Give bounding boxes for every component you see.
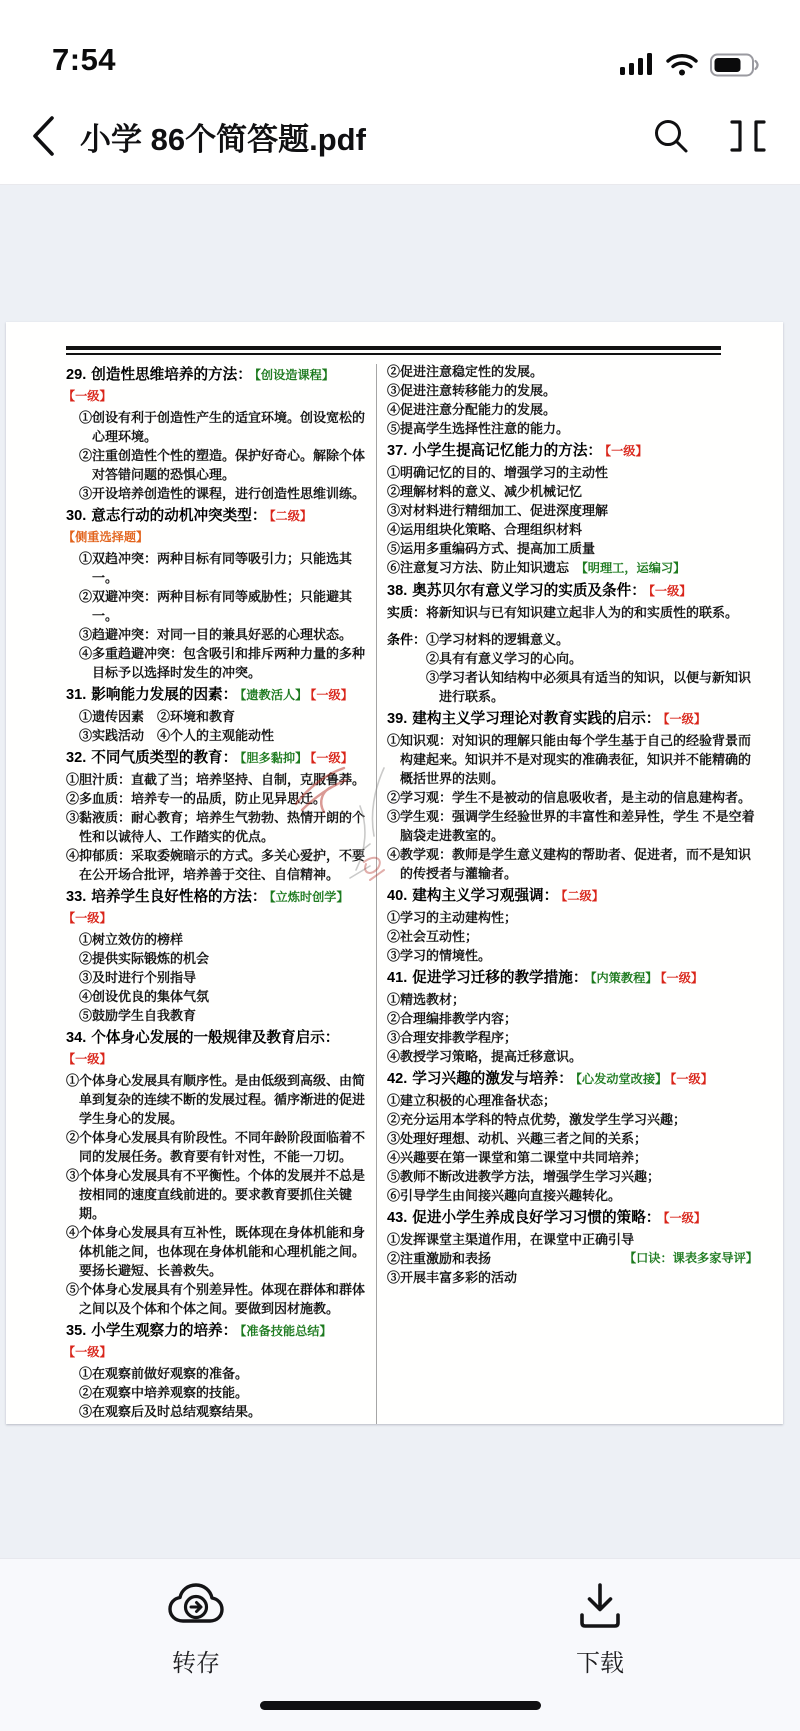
item-title: 培养学生良好性格的方法：: [91, 889, 266, 905]
line-text: ⑤提高学生选择性注意的能力。: [387, 421, 569, 436]
question-item: 31.影响能力发展的因素：【遗教活人】【一级】①遗传因素 ②环境和教育③实践活动…: [66, 685, 368, 745]
item-line: ①双趋冲突：两种目标有同等吸引力；只能选其一。: [66, 549, 368, 587]
line-text: ①双趋冲突：两种目标有同等吸引力；只能选其一。: [79, 551, 352, 585]
item-line: ①遗传因素 ②环境和教育: [66, 707, 368, 726]
item-number: 39.: [387, 711, 407, 727]
pdf-column-left: 29.创造性思维培养的方法：【创设造课程】【一级】①创设有利于创造性产生的适宜环…: [66, 362, 368, 1424]
item-title: 影响能力发展的因素：: [91, 687, 237, 703]
bracket-pages-icon[interactable]: [726, 117, 770, 155]
item-line: ③学习的情境性。: [387, 946, 758, 965]
item-line: 条件：①学习材料的逻辑意义。: [387, 630, 758, 649]
line-text: ②注重创造性个性的塑造。保护好奇心。解除个体对答错问题的恐惧心理。: [79, 448, 365, 482]
item-line: ②注重激励和表扬【口诀：课表多家导评】: [387, 1249, 758, 1268]
line-text: ②促进注意稳定性的发展。: [387, 364, 543, 379]
page-top-rule: [66, 346, 721, 355]
battery-icon: [710, 53, 760, 77]
line-text: ⑤运用多重编码方式、提高加工质量: [387, 541, 595, 556]
item-line: ⑤教师不断改进教学方法，增强学生学习兴趣；: [387, 1167, 758, 1186]
download-icon: [575, 1581, 625, 1631]
item-line: ①发挥课堂主渠道作用，在课堂中正确引导: [387, 1230, 758, 1249]
line-text: ④个体身心发展具有互补性，既体现在身体机能和身体机能之间，也体现在身体机能和心理…: [66, 1225, 365, 1278]
item-title: 小学生提高记忆能力的方法：: [412, 443, 602, 459]
mnemonic-tag: 【内策教程】: [590, 971, 657, 985]
item-heading: 40.建构主义学习观强调：【二级】: [387, 886, 758, 907]
item-heading: 29.创造性思维培养的方法：【创设造课程】【一级】: [66, 365, 368, 407]
item-heading: 41.促进学习迁移的教学措施：【内策教程】【一级】: [387, 968, 758, 989]
item-line: ①学习的主动建构性；: [387, 908, 758, 927]
item-line: ②个体身心发展具有阶段性。不同年龄阶段面临着不同的发展任务。教育要有针对性，不能…: [66, 1128, 368, 1166]
mnemonic-tag: 【口诀：课表多家导评】: [624, 1249, 758, 1268]
item-heading: 39.建构主义学习理论对教育实践的启示：【一级】: [387, 709, 758, 730]
item-line: ③开设培养创造性的课程，进行创造性思维训练。: [66, 484, 368, 503]
line-text: ③开展丰富多彩的活动: [387, 1270, 517, 1285]
item-number: 30.: [66, 508, 86, 524]
mnemonic-tag: 【一级】: [660, 971, 703, 985]
search-icon[interactable]: [652, 117, 690, 155]
mnemonic-tag: 【创设造课程】: [255, 368, 334, 382]
line-text: ③对材料进行精细加工、促进深度理解: [387, 503, 608, 518]
mnemonic-tag: 【二级】: [269, 509, 312, 523]
line-text: ①个体身心发展具有顺序性。是由低级到高级、由简单到复杂的连续不断的发展过程。循序…: [66, 1073, 365, 1126]
item-line: ①明确记忆的目的、增强学习的主动性: [387, 463, 758, 482]
item-line: ③趋避冲突：对同一目的兼具好恶的心理状态。: [66, 625, 368, 644]
item-line: ③在观察后及时总结观察结果。: [66, 1402, 368, 1421]
item-number: 29.: [66, 367, 86, 383]
line-text: ⑥注意复习方法、防止知识遗忘: [387, 560, 573, 575]
line-text: ③趋避冲突：对同一目的兼具好恶的心理状态。: [79, 627, 352, 642]
line-text: ④教授学习策略，提高迁移意识。: [387, 1049, 582, 1064]
item-line: ③黏液质：耐心教育；培养生气勃勃、热情开朗的个性和以诚待人、工作踏实的优点。: [66, 808, 368, 846]
line-text: ④促进注意分配能力的发展。: [387, 402, 556, 417]
item-line: ③对材料进行精细加工、促进深度理解: [387, 501, 758, 520]
line-text: ②具有有意义学习的心向。: [426, 651, 582, 666]
line-text: ①发挥课堂主渠道作用，在课堂中正确引导: [387, 1232, 634, 1247]
line-text: ③促进注意转移能力的发展。: [387, 383, 556, 398]
item-line: ⑤鼓励学生自我教育: [66, 1006, 368, 1025]
item-number: 38.: [387, 583, 407, 599]
line-text: ⑥引导学生由间接兴趣向直接兴趣转化。: [387, 1188, 621, 1203]
item-heading: 34.个体身心发展的一般规律及教育启示：【一级】: [66, 1028, 368, 1070]
item-heading: 33.培养学生良好性格的方法：【立炼时创学】【一级】: [66, 887, 368, 929]
item-line: ③实践活动 ④个人的主观能动性: [66, 726, 368, 745]
line-text: ②提供实际锻炼的机会: [79, 951, 209, 966]
item-line: ④教学观：教师是学生意义建构的帮助者、促进者，而不是知识的传授者与灌输者。: [387, 845, 758, 883]
mnemonic-tag: 【二级】: [561, 889, 604, 903]
mnemonic-tag: 【一级】: [69, 389, 112, 403]
line-text: ②社会互动性；: [387, 929, 478, 944]
item-heading: 35.小学生观察力的培养：【准备技能总结】【一级】: [66, 1321, 368, 1363]
line-text: ④兴趣要在第一课堂和第二课堂中共同培养；: [387, 1150, 647, 1165]
mnemonic-tag: 【一级】: [663, 1211, 706, 1225]
item-line: ④促进注意分配能力的发展。: [387, 400, 758, 419]
line-text: ②个体身心发展具有阶段性。不同年龄阶段面临着不同的发展任务。教育要有针对性，不能…: [66, 1130, 365, 1164]
item-line: ③处理好理想、动机、兴趣三者之间的关系；: [387, 1129, 758, 1148]
item-line: 实质：将新知识与已有知识建立起非人为的和实质性的联系。: [387, 603, 758, 622]
item-number: 37.: [387, 443, 407, 459]
mnemonic-tag: 【一级】: [670, 1072, 713, 1086]
item-number: 40.: [387, 888, 407, 904]
status-time: 7:54: [52, 42, 116, 78]
item-line: ①建立积极的心理准备状态；: [387, 1091, 758, 1110]
item-line: ⑤个体身心发展具有个别差异性。体现在群体和群体之间以及个体和个体之间。要做到因材…: [66, 1280, 368, 1318]
download-button[interactable]: 下载: [535, 1581, 665, 1678]
line-text: ③黏液质：耐心教育；培养生气勃勃、热情开朗的个性和以诚待人、工作踏实的优点。: [66, 810, 365, 844]
line-text: ①建立积极的心理准备状态；: [387, 1093, 556, 1108]
item-title: 促进学习迁移的教学措施：: [412, 970, 587, 986]
line-label: 实质：: [387, 605, 426, 620]
item-line: ②具有有意义学习的心向。: [387, 649, 758, 668]
item-line: ②在观察中培养观察的技能。: [66, 1383, 368, 1402]
item-number: 41.: [387, 970, 407, 986]
line-text: ③学习的情境性。: [387, 948, 491, 963]
item-line: ①创设有利于创造性产生的适宜环境。创设宽松的心理环境。: [66, 408, 368, 446]
mnemonic-tag: 【一级】: [69, 1052, 112, 1066]
item-line: ②理解材料的意义、减少机械记忆: [387, 482, 758, 501]
column-divider: [376, 364, 377, 1424]
line-text: ②理解材料的意义、减少机械记忆: [387, 484, 582, 499]
item-line: ③促进注意转移能力的发展。: [387, 381, 758, 400]
item-heading: 31.影响能力发展的因素：【遗教活人】【一级】: [66, 685, 368, 706]
nav-bar: 小学 86个简答题.pdf: [0, 92, 800, 180]
item-line: ②社会互动性；: [387, 927, 758, 946]
item-line: ④多重趋避冲突：包含吸引和排斥两种力量的多种目标予以选择时发生的冲突。: [66, 644, 368, 682]
item-title: 创造性思维培养的方法：: [91, 367, 252, 383]
item-title: 意志行动的动机冲突类型：: [91, 508, 266, 524]
line-text: ②充分运用本学科的特点优势，激发学生学习兴趣；: [387, 1112, 686, 1127]
cloud-forward-icon: [167, 1581, 225, 1631]
line-text: ②注重激励和表扬: [387, 1249, 491, 1268]
item-line: ①知识观：对知识的理解只能由每个学生基于自己的经验背景而构建起来。知识并不是对现…: [387, 731, 758, 788]
item-line: ④抑郁质：采取委婉暗示的方式。多关心爱护，不要在公开场合批评，培养善于交往、自信…: [66, 846, 368, 884]
item-line: ③合理安排教学程序；: [387, 1028, 758, 1047]
item-title: 促进小学生养成良好学习习惯的策略：: [412, 1210, 660, 1226]
line-text: ③开设培养创造性的课程，进行创造性思维训练。: [79, 486, 365, 501]
line-text: ③学生观：强调学生经验世界的丰富性和差异性，学生 不是空着脑袋走进教室的。: [387, 809, 755, 843]
question-item: 37.小学生提高记忆能力的方法：【一级】①明确记忆的目的、增强学习的主动性②理解…: [387, 441, 758, 578]
item-line: ③个体身心发展具有不平衡性。个体的发展并不总是按相同的速度直线前进的。要求教育要…: [66, 1166, 368, 1223]
item-number: 35.: [66, 1323, 86, 1339]
item-line: ⑤运用多重编码方式、提高加工质量: [387, 539, 758, 558]
item-title: 建构主义学习观强调：: [412, 888, 558, 904]
question-item: 34.个体身心发展的一般规律及教育启示：【一级】①个体身心发展具有顺序性。是由低…: [66, 1028, 368, 1318]
cellular-signal-icon: [620, 52, 654, 78]
pdf-page[interactable]: 29.创造性思维培养的方法：【创设造课程】【一级】①创设有利于创造性产生的适宜环…: [6, 322, 783, 1424]
item-line: ②充分运用本学科的特点优势，激发学生学习兴趣；: [387, 1110, 758, 1129]
line-text: ①学习的主动建构性；: [387, 910, 517, 925]
question-item: 29.创造性思维培养的方法：【创设造课程】【一级】①创设有利于创造性产生的适宜环…: [66, 365, 368, 503]
item-line: ①个体身心发展具有顺序性。是由低级到高级、由简单到复杂的连续不断的发展过程。循序…: [66, 1071, 368, 1128]
question-item: 43.促进小学生养成良好学习习惯的策略：【一级】①发挥课堂主渠道作用，在课堂中正…: [387, 1208, 758, 1287]
item-line: ③学习者认知结构中必须具有适当的知识，以便与新知识进行联系。: [387, 668, 758, 706]
question-item: 39.建构主义学习理论对教育实践的启示：【一级】①知识观：对知识的理解只能由每个…: [387, 709, 758, 883]
line-text: ⑤鼓励学生自我教育: [79, 1008, 196, 1023]
mnemonic-tag: 【一级】: [310, 688, 353, 702]
chevron-left-icon: [30, 113, 56, 159]
item-number: 43.: [387, 1210, 407, 1226]
mnemonic-tag: 【一级】: [605, 444, 648, 458]
line-text: ①知识观：对知识的理解只能由每个学生基于自己的经验背景而构建起来。知识并不是对现…: [387, 733, 751, 786]
item-line: ②学习观：学生不是被动的信息吸收者，是主动的信息建构者。: [387, 788, 758, 807]
line-text: ③在观察后及时总结观察结果。: [79, 1404, 261, 1419]
item-heading: 43.促进小学生养成良好学习习惯的策略：【一级】: [387, 1208, 758, 1229]
item-line: ②提供实际锻炼的机会: [66, 949, 368, 968]
pdf-column-right: ②促进注意稳定性的发展。③促进注意转移能力的发展。④促进注意分配能力的发展。⑤提…: [387, 362, 758, 1424]
line-text: ④教学观：教师是学生意义建构的帮助者、促进者，而不是知识的传授者与灌输者。: [387, 847, 751, 881]
mnemonic-tag: 【侧重选择题】: [69, 530, 148, 544]
item-line: ③开展丰富多彩的活动: [387, 1268, 758, 1287]
item-title: 不同气质类型的教育：: [91, 750, 237, 766]
item-line: ②合理编排教学内容；: [387, 1009, 758, 1028]
line-text: ③个体身心发展具有不平衡性。个体的发展并不总是按相同的速度直线前进的。要求教育要…: [66, 1168, 365, 1221]
item-line: ①胆汁质：直截了当；培养坚持、自制，克服鲁莽。: [66, 770, 368, 789]
line-text: ①在观察前做好观察的准备。: [79, 1366, 248, 1381]
pdf-page-content: 29.创造性思维培养的方法：【创设造课程】【一级】①创设有利于创造性产生的适宜环…: [6, 322, 783, 1424]
item-heading: 37.小学生提高记忆能力的方法：【一级】: [387, 441, 758, 462]
app-header: 7:54 小学 86个简答题.: [0, 0, 800, 185]
line-text: ⑤教师不断改进教学方法，增强学生学习兴趣；: [387, 1169, 660, 1184]
line-text: ①精选教材；: [387, 992, 465, 1007]
item-number: 32.: [66, 750, 86, 766]
mnemonic-tag: 【一级】: [649, 584, 692, 598]
mnemonic-tag: 【心发动堂改接】: [576, 1072, 667, 1086]
line-text: ①遗传因素 ②环境和教育: [79, 709, 235, 724]
item-line: ④运用组块化策略、合理组织材料: [387, 520, 758, 539]
question-item: 30.意志行动的动机冲突类型：【二级】【侧重选择题】①双趋冲突：两种目标有同等吸…: [66, 506, 368, 682]
question-item: 41.促进学习迁移的教学措施：【内策教程】【一级】①精选教材；②合理编排教学内容…: [387, 968, 758, 1066]
question-item: 35.小学生观察力的培养：【准备技能总结】【一级】①在观察前做好观察的准备。②在…: [66, 1321, 368, 1421]
item-line: ④兴趣要在第一课堂和第二课堂中共同培养；: [387, 1148, 758, 1167]
item-line: ②注重创造性个性的塑造。保护好奇心。解除个体对答错问题的恐惧心理。: [66, 446, 368, 484]
item-line: ②双避冲突：两种目标有同等威胁性；只能避其一。: [66, 587, 368, 625]
line-text: ①胆汁质：直截了当；培养坚持、自制，克服鲁莽。: [66, 772, 365, 787]
item-number: 33.: [66, 889, 86, 905]
line-text: ①创设有利于创造性产生的适宜环境。创设宽松的心理环境。: [79, 410, 365, 444]
item-line: ①树立效仿的榜样: [66, 930, 368, 949]
item-line: ④创设优良的集体气氛: [66, 987, 368, 1006]
line-text: ④抑郁质：采取委婉暗示的方式。多关心爱护，不要在公开场合批评，培养善于交往、自信…: [66, 848, 365, 882]
line-text: ⑤个体身心发展具有个别差异性。体现在群体和群体之间以及个体和个体之间。要做到因材…: [66, 1282, 365, 1316]
item-title: 个体身心发展的一般规律及教育启示：: [91, 1030, 339, 1046]
item-title: 小学生观察力的培养：: [91, 1323, 237, 1339]
line-text: ③处理好理想、动机、兴趣三者之间的关系；: [387, 1131, 647, 1146]
back-button[interactable]: [30, 112, 70, 160]
question-item: 32.不同气质类型的教育：【胆多黏抑】【一级】①胆汁质：直截了当；培养坚持、自制…: [66, 748, 368, 884]
item-heading: 30.意志行动的动机冲突类型：【二级】【侧重选择题】: [66, 506, 368, 548]
mnemonic-tag: 【准备技能总结】: [240, 1324, 331, 1338]
line-text: ④多重趋避冲突：包含吸引和排斥两种力量的多种目标予以选择时发生的冲突。: [79, 646, 365, 680]
item-heading: 32.不同气质类型的教育：【胆多黏抑】【一级】: [66, 748, 368, 769]
item-number: 42.: [387, 1071, 407, 1087]
item-title: 学习兴趣的激发与培养：: [412, 1071, 573, 1087]
line-text: ②多血质：培养专一的品质，防止见异思迁。: [66, 791, 326, 806]
question-item: 40.建构主义学习观强调：【二级】①学习的主动建构性；②社会互动性；③学习的情境…: [387, 886, 758, 965]
mnemonic-tag: 【一级】: [69, 911, 112, 925]
item-heading: 42.学习兴趣的激发与培养：【心发动堂改接】【一级】: [387, 1069, 758, 1090]
line-text: ②合理编排教学内容；: [387, 1011, 517, 1026]
item-line: ⑥引导学生由间接兴趣向直接兴趣转化。: [387, 1186, 758, 1205]
document-title: 小学 86个简答题.pdf: [80, 114, 652, 159]
item-number: 34.: [66, 1030, 86, 1046]
item-line: ②促进注意稳定性的发展。: [387, 362, 758, 381]
item-line: ③及时进行个别指导: [66, 968, 368, 987]
line-text: ②双避冲突：两种目标有同等威胁性；只能避其一。: [79, 589, 352, 623]
item-line: ①精选教材；: [387, 990, 758, 1009]
item-line: ④个体身心发展具有互补性，既体现在身体机能和身体机能之间，也体现在身体机能和心理…: [66, 1223, 368, 1280]
line-text: ③学习者认知结构中必须具有适当的知识，以便与新知识进行联系。: [426, 670, 751, 704]
line-text: ③合理安排教学程序；: [387, 1030, 517, 1045]
item-line: ③学生观：强调学生经验世界的丰富性和差异性，学生 不是空着脑袋走进教室的。: [387, 807, 758, 845]
home-indicator[interactable]: [260, 1701, 541, 1710]
status-bar: 7:54: [0, 0, 800, 86]
item-number: 31.: [66, 687, 86, 703]
line-text: ③实践活动 ④个人的主观能动性: [79, 728, 274, 743]
question-item: 42.学习兴趣的激发与培养：【心发动堂改接】【一级】①建立积极的心理准备状态；②…: [387, 1069, 758, 1205]
line-text: 将新知识与已有知识建立起非人为的和实质性的联系。: [426, 605, 738, 620]
mnemonic-tag: 【立炼时创学】: [269, 890, 348, 904]
line-text: ④创设优良的集体气氛: [79, 989, 209, 1004]
question-item: 38.奥苏贝尔有意义学习的实质及条件：【一级】实质：将新知识与已有知识建立起非人…: [387, 581, 758, 706]
mnemonic-tag: 【胆多黏抑】: [240, 751, 307, 765]
question-item: ②促进注意稳定性的发展。③促进注意转移能力的发展。④促进注意分配能力的发展。⑤提…: [387, 362, 758, 438]
save-to-cloud-button[interactable]: 转存: [131, 1581, 261, 1678]
wifi-icon: [666, 53, 698, 77]
mnemonic-tag: 【一级】: [310, 751, 353, 765]
mnemonic-tag: 【一级】: [663, 712, 706, 726]
item-title: 建构主义学习理论对教育实践的启示：: [412, 711, 660, 727]
item-line: ⑥注意复习方法、防止知识遗忘 【明理工，运编习】: [387, 558, 758, 578]
line-text: ①学习材料的逻辑意义。: [426, 632, 569, 647]
status-icons: [620, 52, 760, 78]
item-line: ①在观察前做好观察的准备。: [66, 1364, 368, 1383]
line-text: ②学习观：学生不是被动的信息吸收者，是主动的信息建构者。: [387, 790, 751, 805]
mnemonic-tag: 【明理工，运编习】: [576, 561, 686, 575]
item-line: ⑤提高学生选择性注意的能力。: [387, 419, 758, 438]
item-title: 奥苏贝尔有意义学习的实质及条件：: [412, 583, 646, 599]
line-label: 条件：: [387, 632, 426, 647]
line-text: ④运用组块化策略、合理组织材料: [387, 522, 582, 537]
item-heading: 38.奥苏贝尔有意义学习的实质及条件：【一级】: [387, 581, 758, 602]
item-line: ②多血质：培养专一的品质，防止见异思迁。: [66, 789, 368, 808]
download-label: 下载: [576, 1643, 624, 1678]
save-to-cloud-label: 转存: [172, 1643, 220, 1678]
mnemonic-tag: 【一级】: [69, 1345, 112, 1359]
line-text: ①树立效仿的榜样: [79, 932, 183, 947]
line-text: ③及时进行个别指导: [79, 970, 196, 985]
question-item: 33.培养学生良好性格的方法：【立炼时创学】【一级】①树立效仿的榜样②提供实际锻…: [66, 887, 368, 1025]
line-text: ②在观察中培养观察的技能。: [79, 1385, 248, 1400]
line-text: ①明确记忆的目的、增强学习的主动性: [387, 465, 608, 480]
mnemonic-tag: 【遗教活人】: [240, 688, 307, 702]
item-line: ④教授学习策略，提高迁移意识。: [387, 1047, 758, 1066]
